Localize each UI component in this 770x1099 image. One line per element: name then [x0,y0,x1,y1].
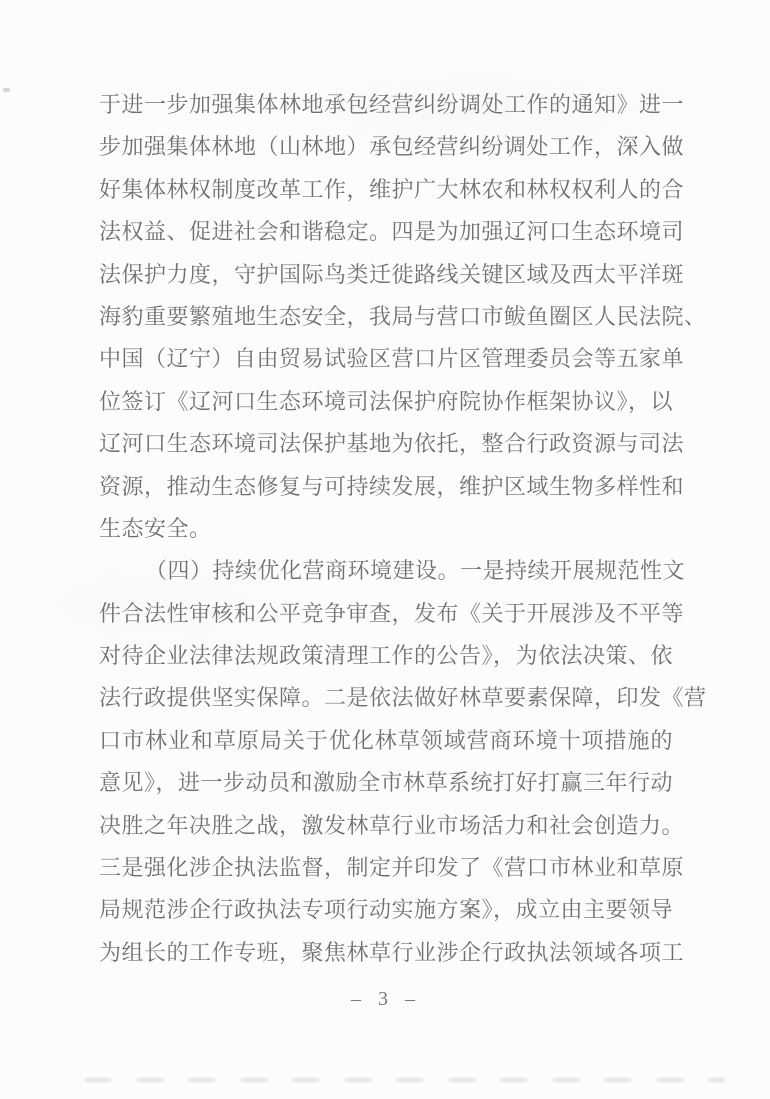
text-line: 三是强化涉企执法监督，制定并印发了《营口市林业和草原 [99,847,673,889]
text-line: 步加强集体林地（山林地）承包经营纠纷调处工作，深入做 [99,126,673,168]
scan-artifact-streak [85,1078,725,1082]
text-line: 口市林业和草原局关于优化林草领域营商环境十项措施的 [99,720,673,762]
text-line: 为组长的工作专班，聚焦林草行业涉企行政执法领域各项工 [99,932,673,974]
text-line-paragraph-start: （四）持续优化营商环境建设。一是持续开展规范性文 [99,550,673,592]
text-line: 决胜之年决胜之战，激发林草行业市场活力和社会创造力。 [99,805,673,847]
document-body: 于进一步加强集体林地承包经营纠纷调处工作的通知》进一 步加强集体林地（山林地）承… [99,84,673,974]
text-line: 海豹重要繁殖地生态安全，我局与营口市鲅鱼圈区人民法院、 [99,296,673,338]
text-line: 资源，推动生态修复与可持续发展，维护区域生物多样性和 [99,466,673,508]
text-line: 法保护力度，守护国际鸟类迁徙路线关键区域及西太平洋斑 [99,254,673,296]
text-line: 于进一步加强集体林地承包经营纠纷调处工作的通知》进一 [99,84,673,126]
text-line: 辽河口生态环境司法保护基地为依托，整合行政资源与司法 [99,423,673,465]
text-line: 法权益、促进社会和谐稳定。四是为加强辽河口生态环境司 [99,211,673,253]
text-line: 对待企业法律法规政策清理工作的公告》，为依法决策、依 [99,635,673,677]
scan-artifact-speck [3,88,10,92]
text-line: 法行政提供坚实保障。二是依法做好林草要素保障，印发《营 [99,677,673,719]
text-line-paragraph-end: 生态安全。 [99,508,673,550]
page-number: – 3 – [99,984,673,1014]
text-line: 局规范涉企行政执法专项行动实施方案》，成立由主要领导 [99,889,673,931]
text-line: 好集体林权制度改革工作，维护广大林农和林权权利人的合 [99,169,673,211]
text-line: 件合法性审核和公平竞争审查，发布《关于开展涉及不平等 [99,593,673,635]
text-line: 中国（辽宁）自由贸易试验区营口片区管理委员会等五家单 [99,338,673,380]
text-line: 位签订《辽河口生态环境司法保护府院协作框架协议》，以 [99,381,673,423]
text-line: 意见》，进一步动员和激励全市林草系统打好打赢三年行动 [99,762,673,804]
scanned-document-page: 于进一步加强集体林地承包经营纠纷调处工作的通知》进一 步加强集体林地（山林地）承… [0,0,770,1099]
